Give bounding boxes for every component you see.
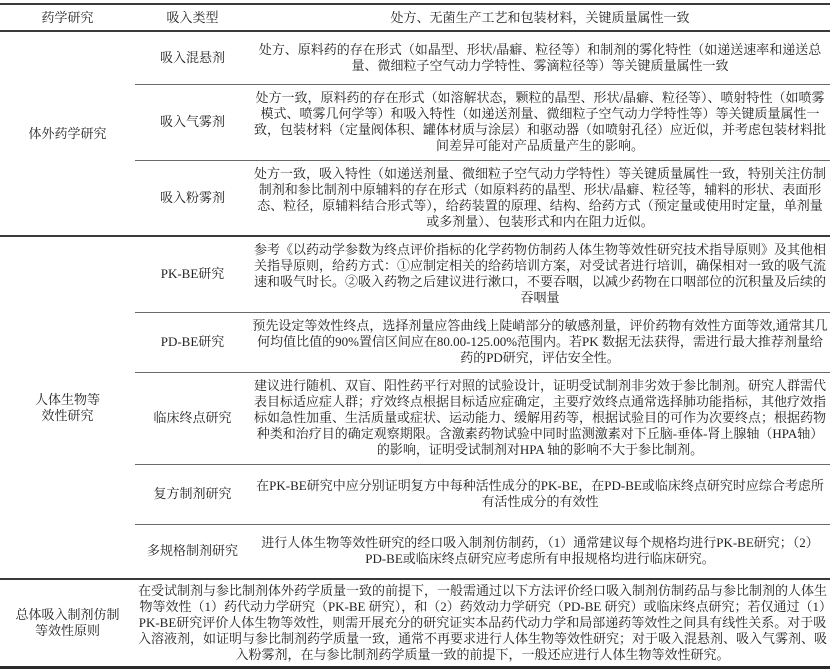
inhalation-generic-equivalence-table: 药学研究 吸入类型 处方、无菌生产工艺和包装材料，关键质量属性一致 体外药学研究… — [0, 3, 830, 669]
row-text-combination-product-study: 在PK-BE研究中应分别证明复方中每种活性成分的PK-BE，在PD-BE或临床终… — [250, 464, 830, 524]
row-label-multi-strength-study: 多规格制剂研究 — [135, 524, 250, 579]
row-text-pk-be-study: 参考《以药动学参数为终点评价指标的化学药物仿制药人体生物等效性研究技术指导原则》… — [250, 236, 830, 312]
row-text-overall-principle: 在受试制剂与参比制剂体外药学质量一致的前提下，一般需通过以下方法评价经口吸入制剂… — [135, 579, 830, 668]
row-label-combination-product-study: 复方制剂研究 — [135, 464, 250, 524]
row-text-inhalation-powder: 处方一致，吸入特性（如递送剂量、微细粒子空气动力学特性）等关键质量属性一致，特别… — [250, 160, 830, 236]
header-study-category: 药学研究 — [0, 4, 135, 31]
row-text-multi-strength-study: 进行人体生物等效性研究的经口吸入制剂仿制药，（1）通常建议每个规格均进行PK-B… — [250, 524, 830, 579]
scanned-document-page: 药学研究 吸入类型 处方、无菌生产工艺和包装材料，关键质量属性一致 体外药学研究… — [0, 0, 830, 670]
table-row-pk-be: 人体生物等 效性研究 PK-BE研究 参考《以药动学参数为终点评价指标的化学药物… — [0, 236, 830, 312]
row-text-clinical-endpoint-study: 建议进行随机、双盲、阳性药平行对照的试验设计，证明受试制剂非劣效于参比制剂。研究… — [250, 372, 830, 464]
row-label-pd-be-study: PD-BE研究 — [135, 312, 250, 372]
group-label-overall-principle: 总体吸入制剂仿制 等效性原则 — [0, 579, 135, 668]
table-row-overall-principle: 总体吸入制剂仿制 等效性原则 在受试制剂与参比制剂体外药学质量一致的前提下，一般… — [0, 579, 830, 668]
table-row-suspension: 体外药学研究 吸入混悬剂 处方、原料药的存在形式（如晶型、形状/晶癖、粒径等）和… — [0, 31, 830, 84]
row-text-pd-be-study: 预先设定等效性终点，选择剂量应答曲线上陡峭部分的敏感剂量，评价药物有效性方面等效… — [250, 312, 830, 372]
row-label-inhalation-suspension: 吸入混悬剂 — [135, 31, 250, 84]
group-label-invitro-study: 体外药学研究 — [0, 31, 135, 236]
row-label-inhalation-powder: 吸入粉雾剂 — [135, 160, 250, 236]
row-label-clinical-endpoint-study: 临床终点研究 — [135, 372, 250, 464]
table-header-row: 药学研究 吸入类型 处方、无菌生产工艺和包装材料，关键质量属性一致 — [0, 4, 830, 31]
row-label-pk-be-study: PK-BE研究 — [135, 236, 250, 312]
group-label-human-be-study: 人体生物等 效性研究 — [0, 236, 135, 579]
row-label-inhalation-aerosol: 吸入气雾剂 — [135, 84, 250, 160]
header-requirement: 处方、无菌生产工艺和包装材料，关键质量属性一致 — [250, 4, 830, 31]
header-inhalation-type: 吸入类型 — [135, 4, 250, 31]
row-text-inhalation-aerosol: 处方一致，原料药的存在形式（如溶解状态，颗粒的晶型、形状/晶癖、粒径等）、喷射特… — [250, 84, 830, 160]
row-text-inhalation-suspension: 处方、原料药的存在形式（如晶型、形状/晶癖、粒径等）和制剂的雾化特性（如递送速率… — [250, 31, 830, 84]
